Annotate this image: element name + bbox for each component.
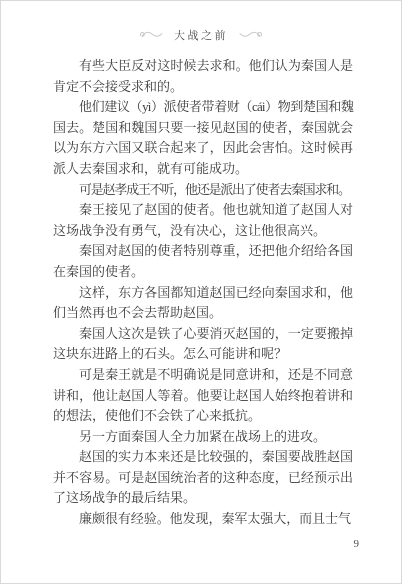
chapter-header: 大战之前 — [1, 27, 401, 43]
text-line: 以为东方六国又联合起来了，因此会害怕。这时候再 — [53, 138, 353, 159]
text-line: 秦国人这次是铁了心要消灭赵国的，一定要搬掉 — [53, 324, 353, 345]
paragraph: 他们建议（yì）派使者带着财（cái）物到楚国和魏国去。楚国和魏国只要一接见赵国… — [53, 97, 353, 179]
paragraph: 秦王接见了赵国的使者。他也就知道了赵国人对这场战争没有勇气，没有决心，这让他很高… — [53, 200, 353, 241]
text-line: 在秦国的使者。 — [53, 262, 353, 283]
paragraph: 这样，东方各国都知道赵国已经向秦国求和，他们当然再也不会去帮助赵国。 — [53, 283, 353, 324]
text-line: 派人去秦国求和，就有可能成功。 — [53, 159, 353, 180]
text-line: 这块东进路上的石头。怎么可能讲和呢？ — [53, 344, 353, 365]
book-page: 大战之前 有些大臣反对这时候去求和。他们认为秦国人是肯定不会接受求和的。他们建议… — [0, 0, 402, 584]
paragraph: 赵国的实力本来还是比较强的，秦国要战胜赵国并不容易。可是赵国统治者的这种态度，已… — [53, 447, 353, 509]
text-line: 讲和，他让赵国人等着。他要让赵国人始终抱着讲和 — [53, 386, 353, 407]
text-line: 廉颇很有经验。他发现，秦军太强大，而且士气 — [53, 509, 353, 530]
paragraph: 秦国对赵国的使者特别尊重，还把他介绍给各国在秦国的使者。 — [53, 241, 353, 282]
text-line: 这样，东方各国都知道赵国已经向秦国求和，他 — [53, 283, 353, 304]
paragraph: 可是秦王就是不明确说是同意讲和，还是不同意讲和，他让赵国人等着。他要让赵国人始终… — [53, 365, 353, 427]
paragraph: 有些大臣反对这时候去求和。他们认为秦国人是肯定不会接受求和的。 — [53, 56, 353, 97]
page-number: 9 — [354, 538, 360, 550]
text-line: 秦王接见了赵国的使者。他也就知道了赵国人对 — [53, 200, 353, 221]
text-line: 有些大臣反对这时候去求和。他们认为秦国人是 — [53, 56, 353, 77]
text-line: 可是秦王就是不明确说是同意讲和，还是不同意 — [53, 365, 353, 386]
text-line: 秦国对赵国的使者特别尊重，还把他介绍给各国 — [53, 241, 353, 262]
paragraph: 另一方面秦国人全力加紧在战场上的进攻。 — [53, 427, 353, 448]
paragraph: 廉颇很有经验。他发现，秦军太强大，而且士气 — [53, 509, 353, 530]
text-line: 了这场战争的最后结果。 — [53, 488, 353, 509]
paragraph: 可是赵孝成王不听，他还是派出了使者去秦国求和。 — [53, 180, 353, 201]
text-line: 这场战争没有勇气，没有决心，这让他很高兴。 — [53, 221, 353, 242]
paragraph: 秦国人这次是铁了心要消灭赵国的，一定要搬掉这块东进路上的石头。怎么可能讲和呢？ — [53, 324, 353, 365]
text-line: 另一方面秦国人全力加紧在战场上的进攻。 — [53, 427, 353, 448]
text-line: 可是赵孝成王不听，他还是派出了使者去秦国求和。 — [53, 180, 353, 201]
ornament-right-icon — [238, 29, 264, 41]
text-line: 他们建议（yì）派使者带着财（cái）物到楚国和魏 — [53, 97, 353, 118]
body-text: 有些大臣反对这时候去求和。他们认为秦国人是肯定不会接受求和的。他们建议（yì）派… — [53, 56, 353, 530]
text-line: 并不容易。可是赵国统治者的这种态度，已经预示出 — [53, 468, 353, 489]
text-line: 的想法，使他们不会铁了心来抵抗。 — [53, 406, 353, 427]
ornament-left-icon — [138, 29, 164, 41]
chapter-title: 大战之前 — [174, 27, 228, 43]
text-line: 们当然再也不会去帮助赵国。 — [53, 303, 353, 324]
text-line: 赵国的实力本来还是比较强的，秦国要战胜赵国 — [53, 447, 353, 468]
text-line: 国去。楚国和魏国只要一接见赵国的使者，秦国就会 — [53, 118, 353, 139]
text-line: 肯定不会接受求和的。 — [53, 77, 353, 98]
